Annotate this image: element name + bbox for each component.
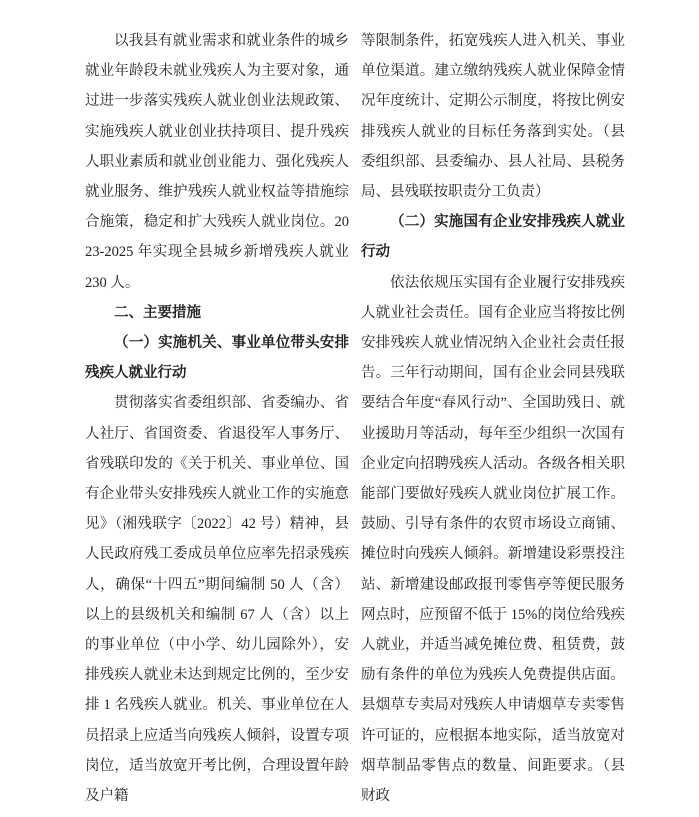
document-page: 以我县有就业需求和就业条件的城乡就业年龄段未就业残疾人为主要对象，通过进一步落实… xyxy=(0,0,699,817)
paragraph: 贯彻落实省委组织部、省委编办、省人社厅、省国资委、省退役军人事务厅、省残联印发的… xyxy=(85,388,349,811)
paragraph-continuation: 等限制条件，拓宽残疾人进入机关、事业单位渠道。建立缴纳残疾人就业保障金情况年度统… xyxy=(361,26,625,207)
paragraph: 依法依规压实国有企业履行安排残疾人就业社会责任。国有企业应当将按比例安排残疾人就… xyxy=(361,268,625,812)
right-column: 等限制条件，拓宽残疾人进入机关、事业单位渠道。建立缴纳残疾人就业保障金情况年度统… xyxy=(361,26,625,811)
section-heading: 二、主要措施 xyxy=(85,298,349,328)
left-column: 以我县有就业需求和就业条件的城乡就业年龄段未就业残疾人为主要对象，通过进一步落实… xyxy=(85,26,349,811)
subsection-heading: （二）实施国有企业安排残疾人就业行动 xyxy=(361,207,625,267)
page-columns: 以我县有就业需求和就业条件的城乡就业年龄段未就业残疾人为主要对象，通过进一步落实… xyxy=(85,26,625,811)
subsection-heading: （一）实施机关、事业单位带头安排残疾人就业行动 xyxy=(85,328,349,388)
paragraph: 以我县有就业需求和就业条件的城乡就业年龄段未就业残疾人为主要对象，通过进一步落实… xyxy=(85,26,349,298)
